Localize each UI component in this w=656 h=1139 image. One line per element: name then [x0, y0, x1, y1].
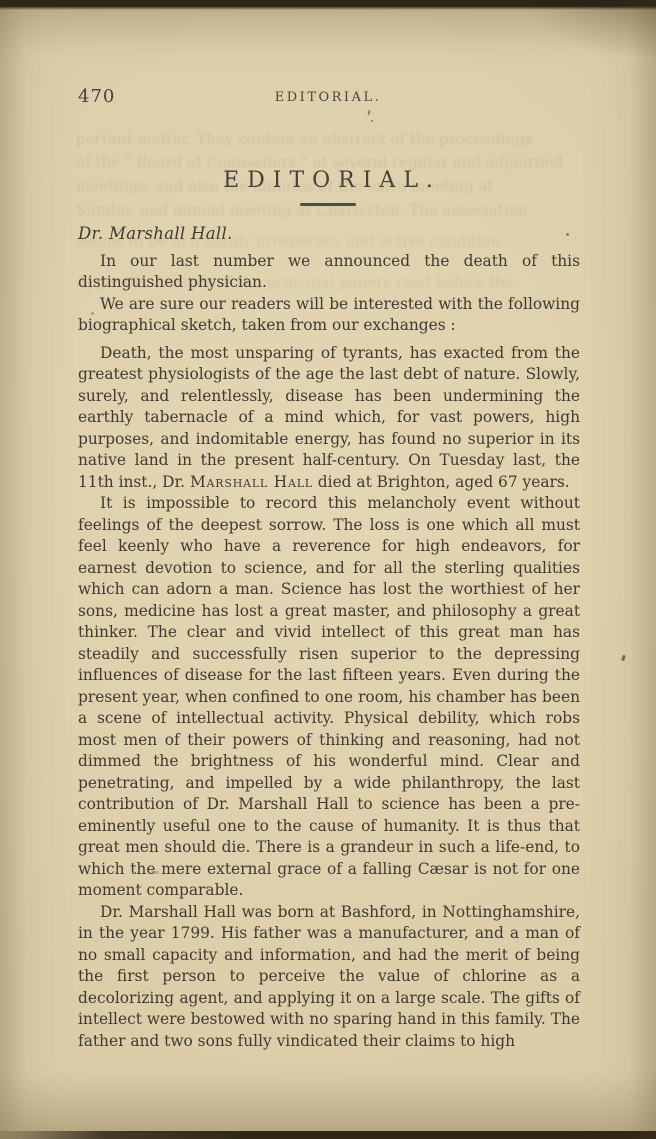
paragraph-intro-1: In our last number we announced the deat… [78, 251, 580, 294]
scanned-page: portant matter. They contain an abstract… [0, 0, 656, 1139]
article-body: Dr. Marshall Hall. In our last number we… [78, 223, 580, 1052]
ink-speck [621, 655, 626, 662]
ink-speck [151, 871, 159, 874]
paragraph-death-notice: Death, the most unsparing of tyrants, ha… [78, 343, 580, 494]
ink-speck [566, 233, 569, 236]
paragraph-text: died at Brighton, aged 67 years. [313, 473, 570, 491]
title-rule [300, 203, 356, 206]
ink-speck [371, 120, 373, 122]
smallcaps-name: Marshall Hall [190, 473, 313, 491]
article-heading: Dr. Marshall Hall. [78, 223, 580, 245]
article-title: EDITORIAL. [0, 168, 656, 193]
paragraph-eulogy: It is impossible to record this melancho… [78, 493, 580, 902]
paragraph-text: Death, the most unsparing of tyrants, ha… [78, 344, 580, 491]
paragraph-intro-2: We are sure our readers will be interest… [78, 294, 580, 337]
running-head: EDITORIAL. [0, 90, 656, 105]
bleedthrough-line: portant matter. They contain an abstract… [76, 129, 582, 149]
top-edge-shadow [0, 0, 656, 10]
paragraph-biography: Dr. Marshall Hall was born at Bashford, … [78, 902, 580, 1053]
ink-speck [91, 312, 94, 315]
bottom-edge-shadow [0, 1131, 656, 1139]
ink-speck [367, 110, 370, 115]
